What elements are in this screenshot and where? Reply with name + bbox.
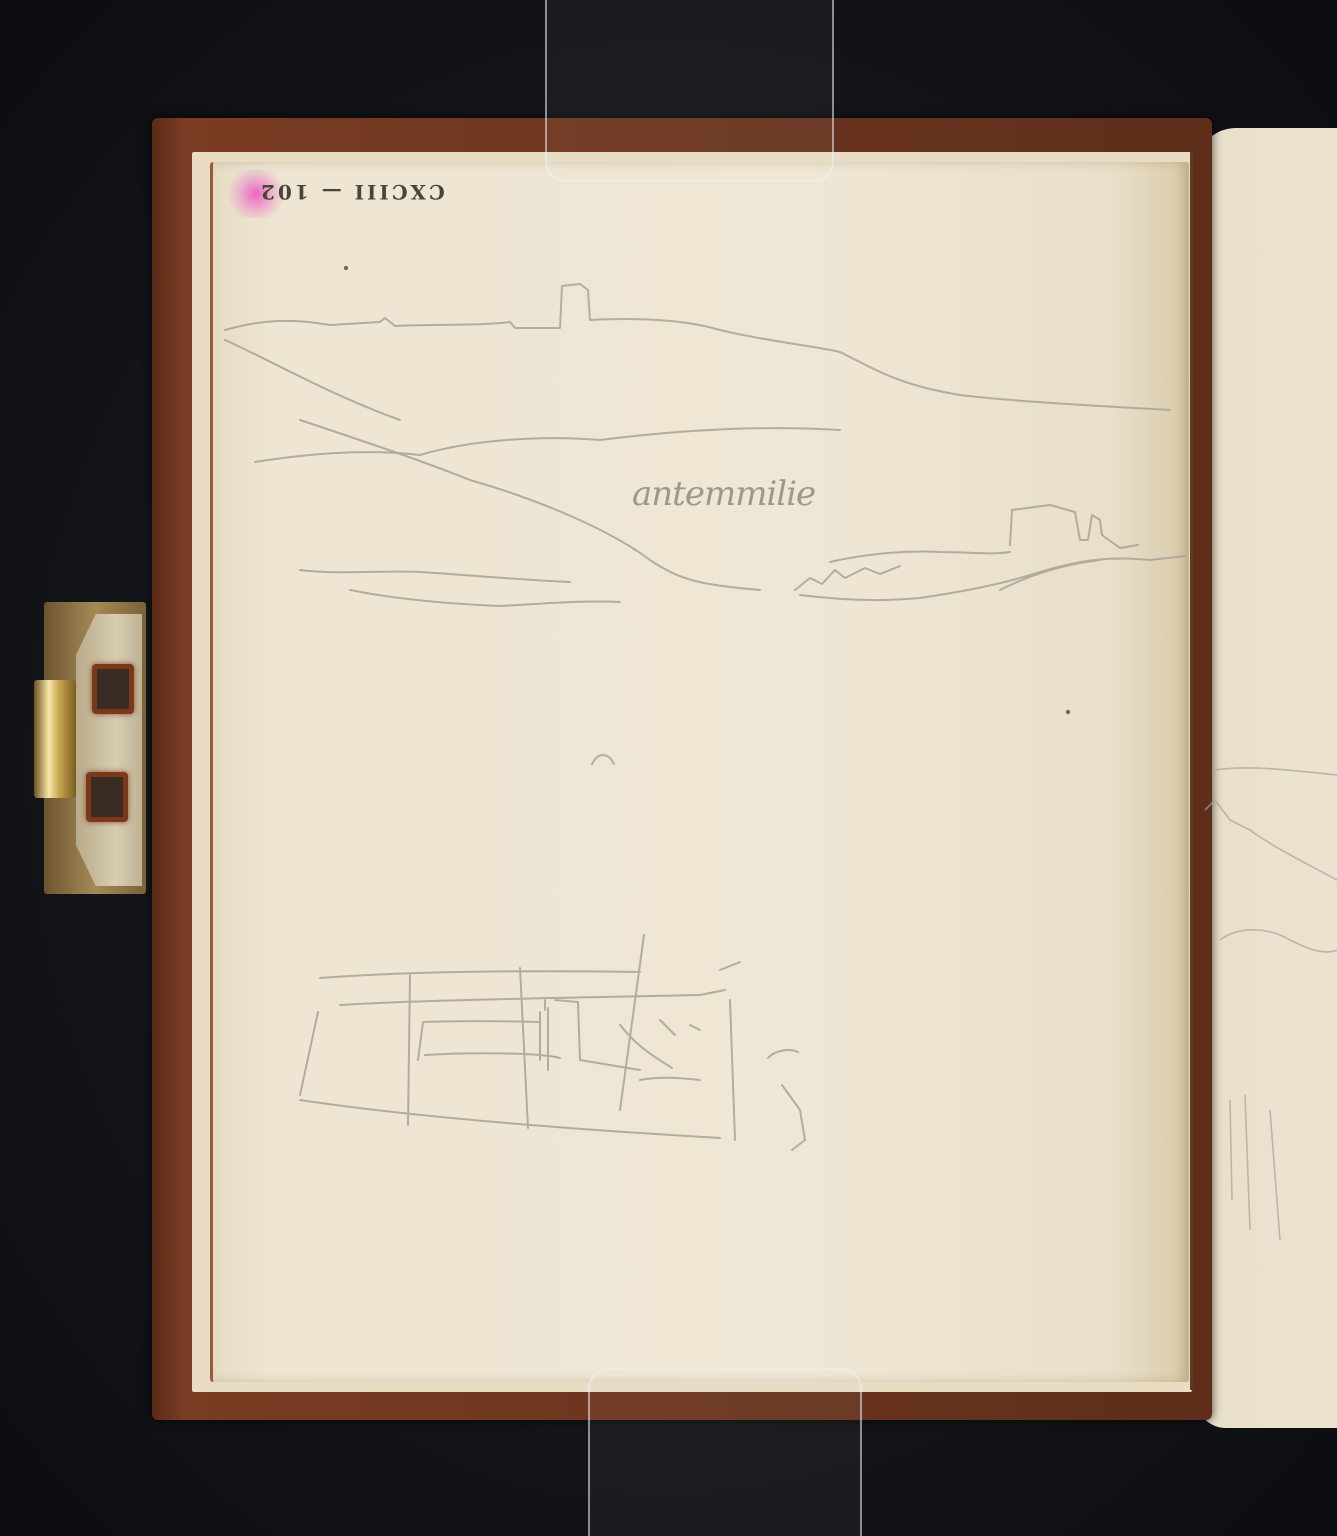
page-holder-top — [545, 0, 834, 182]
pencil-inscription: antemmilie — [632, 474, 815, 514]
page-holder-bottom — [588, 1368, 862, 1536]
pencil-dot — [344, 266, 348, 270]
pencil-sketch — [0, 0, 1337, 1536]
pencil-dot — [1066, 710, 1070, 714]
